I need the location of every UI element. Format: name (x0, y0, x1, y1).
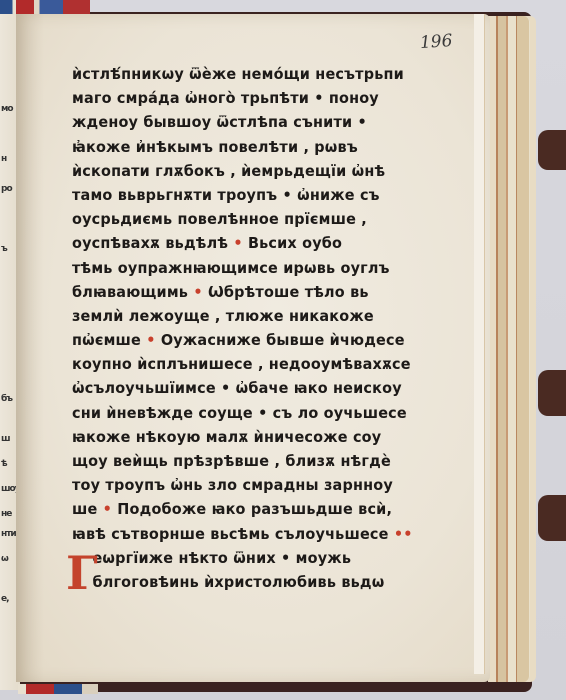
text-span: блꙗвающимь (72, 283, 188, 301)
text-line: еѡргїиже нѣкто ѿних • моужь (72, 546, 416, 570)
text-fragment: бъ (1, 394, 12, 404)
text-line: блꙗвающимь • Ѡбрѣтоше тѣло вь (72, 280, 416, 304)
text-line: жденоу бывшоу ѿстлѣпа сънити • (72, 110, 416, 134)
text-span: Оужаснижe бывше ѝчюдесе (161, 331, 405, 349)
page-stack (516, 16, 529, 682)
folio-number: 196 (419, 31, 453, 53)
text-span: оуспѣвахѫ вьдѣлѣ (72, 234, 228, 252)
printed-text-block: ѝстлѣ́пникѡу ѿѐже немо́щи несътрьпи маго… (72, 62, 442, 594)
drop-initial: Г (66, 550, 98, 596)
clasp-strap (538, 370, 566, 416)
text-line: ѡ҆сълоучьшїимсе • ѡ҆бачe ꙗко неискоу (72, 376, 416, 400)
text-fragment: ш (1, 434, 10, 444)
text-line: ꙗ҆коже и҆нѣкымъ повелѣти , рѡвъ (72, 135, 416, 159)
text-line: сни ѝневѣжде соуще • съ ло оучьшесе (72, 401, 416, 425)
text-line: блгоговѣинь ѝхристолюбивь вьдѡ (72, 570, 416, 594)
text-span: Подобоже ꙗко разъшьдше всѝ, (117, 500, 392, 518)
text-span: ше (72, 500, 97, 518)
text-line: пѡ҆ємше • Оужаснижe бывше ѝчюдесе (72, 328, 416, 352)
page-edge (474, 14, 485, 674)
text-fragment: не (1, 509, 11, 519)
clasp-strap (538, 130, 566, 170)
text-line: ѝстлѣ́пникѡу ѿѐже немо́щи несътрьпи (72, 62, 416, 86)
text-fragment: е, (1, 594, 9, 604)
text-line: маго смра́да ѡ҆ного̀ трьпѣти • поноу (72, 86, 416, 110)
text-fragment: ъ (1, 244, 7, 254)
headband (18, 684, 98, 694)
text-line: коупно ѝсплънишесе , недооумѣвахѫсе (72, 352, 416, 376)
text-line: ѝскопати глѫбокъ , ѝемрьдещїи ѡ҆нѣ (72, 159, 416, 183)
text-line: тоу троупъ ѡ҆нь зло смрадны зарнноу (72, 473, 416, 497)
rubric-dot: • (193, 283, 202, 301)
text-fragment: н (1, 154, 6, 164)
text-line: оуспѣвахѫ вьдѣлѣ • Вьсих оубо (72, 231, 416, 255)
text-line: землѝ лежоуще , тлюже никакоже (72, 304, 416, 328)
text-line: щоу веѝщь прѣзрѣвше , близѫ нѣгдѐ (72, 449, 416, 473)
rubric-dot: • (233, 234, 242, 252)
clasp-strap (538, 495, 566, 541)
text-fragment: ѣ (1, 459, 7, 469)
rubric-dot: • (146, 331, 155, 349)
text-line: тамо вьврьгнѫти троупъ • ѡ҆ниже съ (72, 183, 416, 207)
text-fragment: ѡ (1, 554, 8, 564)
text-fragment: нти (1, 529, 16, 539)
text-line: тѣмь оупражнꙗющимсе ирѡвь оуглъ (72, 256, 416, 280)
rubric-dots: •• (394, 525, 413, 543)
text-span: Ѡбрѣтоше тѣло вь (208, 283, 369, 301)
text-fragment: ро (1, 184, 12, 194)
text-line: ше • Подобоже ꙗко разъшьдше всѝ, (72, 497, 416, 521)
text-fragment: мо (1, 104, 13, 114)
headband (0, 0, 90, 14)
text-span: Вьсих оубо (248, 234, 342, 252)
rubric-dot: • (103, 500, 112, 518)
gutter-shadow (16, 14, 44, 682)
text-span: ꙗвѣ сътворнше вьсѣмь сълоучьшесе (72, 525, 389, 543)
text-line: ꙗвѣ сътворнше вьсѣмь сълоучьшесе •• (72, 522, 416, 546)
text-line: ꙗкоже нѣкоую малѫ ѝничесоже соу (72, 425, 416, 449)
text-span: пѡ҆ємше (72, 331, 141, 349)
text-line: оусрьдиємь повелѣнное прїємше , (72, 207, 416, 231)
